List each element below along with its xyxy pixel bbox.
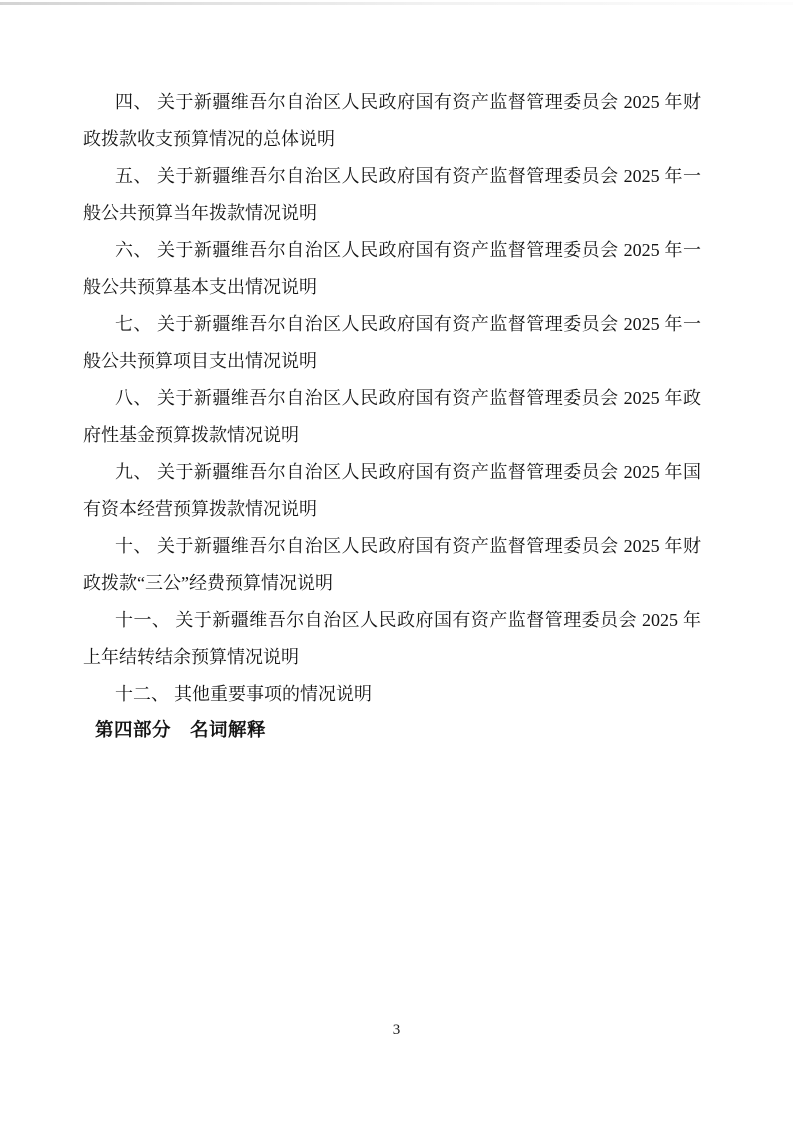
toc-item: 八、关于新疆维吾尔自治区人民政府国有资产监督管理委员会 2025 年政府性基金预… <box>83 380 701 454</box>
toc-item: 十二、其他重要事项的情况说明 <box>83 676 701 713</box>
page-edge-shadow <box>0 2 793 5</box>
toc-item-number: 六、 <box>115 240 152 260</box>
toc-item-number: 十一、 <box>115 610 170 630</box>
toc-item: 十一、关于新疆维吾尔自治区人民政府国有资产监督管理委员会 2025 年上年结转结… <box>83 602 701 676</box>
document-page: 四、关于新疆维吾尔自治区人民政府国有资产监督管理委员会 2025 年财政拨款收支… <box>83 84 701 750</box>
toc-item-text: 关于新疆维吾尔自治区人民政府国有资产监督管理委员会 2025 年上年结转结余预算… <box>83 610 701 667</box>
toc-item: 七、关于新疆维吾尔自治区人民政府国有资产监督管理委员会 2025 年一般公共预算… <box>83 306 701 380</box>
toc-item-text: 关于新疆维吾尔自治区人民政府国有资产监督管理委员会 2025 年财政拨款收支预算… <box>83 92 701 149</box>
toc-item-text: 关于新疆维吾尔自治区人民政府国有资产监督管理委员会 2025 年政府性基金预算拨… <box>83 388 701 445</box>
toc-item: 十、关于新疆维吾尔自治区人民政府国有资产监督管理委员会 2025 年财政拨款“三… <box>83 528 701 602</box>
toc-item-number: 九、 <box>115 462 152 482</box>
section-heading: 第四部分 名词解释 <box>95 713 701 750</box>
toc-item-number: 十二、 <box>115 684 169 704</box>
toc-item: 九、关于新疆维吾尔自治区人民政府国有资产监督管理委员会 2025 年国有资本经营… <box>83 454 701 528</box>
toc-item-text: 关于新疆维吾尔自治区人民政府国有资产监督管理委员会 2025 年一般公共预算项目… <box>83 314 701 371</box>
toc-item-number: 八、 <box>115 388 152 408</box>
page-footer: 3 <box>0 1021 793 1039</box>
toc-item-number: 四、 <box>115 92 152 112</box>
toc-item-text: 其他重要事项的情况说明 <box>174 684 372 704</box>
toc-item-text: 关于新疆维吾尔自治区人民政府国有资产监督管理委员会 2025 年国有资本经营预算… <box>83 462 701 519</box>
toc-item-text: 关于新疆维吾尔自治区人民政府国有资产监督管理委员会 2025 年财政拨款“三公”… <box>83 536 701 593</box>
toc-item: 六、关于新疆维吾尔自治区人民政府国有资产监督管理委员会 2025 年一般公共预算… <box>83 232 701 306</box>
toc-item-text: 关于新疆维吾尔自治区人民政府国有资产监督管理委员会 2025 年一般公共预算基本… <box>83 240 701 297</box>
toc-item-text: 关于新疆维吾尔自治区人民政府国有资产监督管理委员会 2025 年一般公共预算当年… <box>83 166 701 223</box>
toc-item: 五、关于新疆维吾尔自治区人民政府国有资产监督管理委员会 2025 年一般公共预算… <box>83 158 701 232</box>
toc-item-number: 十、 <box>115 536 152 556</box>
toc-item-number: 五、 <box>115 166 152 186</box>
page-number: 3 <box>393 1022 401 1038</box>
toc-item-number: 七、 <box>115 314 152 334</box>
toc-item: 四、关于新疆维吾尔自治区人民政府国有资产监督管理委员会 2025 年财政拨款收支… <box>83 84 701 158</box>
